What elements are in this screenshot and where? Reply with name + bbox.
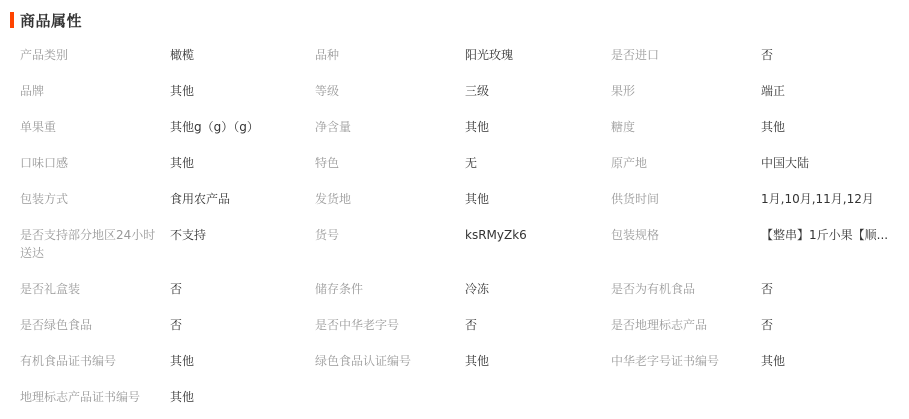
attribute-value: 否 [761,279,889,298]
attribute-value: 无 [465,153,611,172]
attribute-label: 等级 [315,81,465,100]
attribute-value: 否 [761,45,889,64]
attribute-label: 糖度 [611,117,761,136]
attribute-label: 储存条件 [315,279,465,298]
attribute-label: 货号 [315,225,465,244]
attribute-row: 产品类别 橄榄 品种 阳光玫瑰 是否进口 否 [20,45,909,81]
attribute-row: 品牌 其他 等级 三级 果形 端正 [20,81,909,117]
attribute-label: 有机食品证书编号 [20,351,170,370]
attribute-label: 特色 [315,153,465,172]
attribute-label: 品牌 [20,81,170,100]
attribute-row: 是否支持部分地区24小时送达 不支持 货号 ksRMyZk6 包装规格 【整串】… [20,225,909,279]
attribute-value: 端正 [761,81,889,100]
attribute-value: 否 [170,315,315,334]
attribute-label: 地理标志产品证书编号 [20,387,170,406]
attribute-label: 产品类别 [20,45,170,64]
attribute-label: 是否地理标志产品 [611,315,761,334]
attribute-label: 是否为有机食品 [611,279,761,298]
attribute-label: 是否支持部分地区24小时送达 [20,225,170,262]
attribute-row: 是否礼盒装 否 储存条件 冷冻 是否为有机食品 否 [20,279,909,315]
attribute-value: 其他 [170,153,315,172]
attribute-value: 三级 [465,81,611,100]
attribute-label: 绿色食品认证编号 [315,351,465,370]
attribute-value: 1月,10月,11月,12月 [761,189,889,208]
attribute-value: 其他 [465,189,611,208]
attribute-value: 不支持 [170,225,315,244]
attribute-value: ksRMyZk6 [465,225,611,244]
attribute-value: 其他 [761,117,889,136]
attribute-row: 有机食品证书编号 其他 绿色食品认证编号 其他 中华老字号证书编号 其他 [20,351,909,387]
attribute-value: 其他g（g）（g） [170,117,315,136]
product-attributes-panel: 商品属性 产品类别 橄榄 品种 阳光玫瑰 是否进口 否 品牌 其他 等级 三级 … [0,0,909,419]
attribute-value: 橄榄 [170,45,315,64]
attribute-label: 单果重 [20,117,170,136]
section-header: 商品属性 [10,9,82,31]
attribute-label: 口味口感 [20,153,170,172]
section-title: 商品属性 [20,10,82,31]
attribute-label: 是否礼盒装 [20,279,170,298]
attribute-label: 是否中华老字号 [315,315,465,334]
attribute-value: 其他 [170,81,315,100]
attribute-row: 口味口感 其他 特色 无 原产地 中国大陆 [20,153,909,189]
attribute-label: 果形 [611,81,761,100]
attribute-label: 包装方式 [20,189,170,208]
attribute-value: 否 [761,315,889,334]
attribute-value: 其他 [465,117,611,136]
attribute-label: 原产地 [611,153,761,172]
attribute-label: 是否进口 [611,45,761,64]
attribute-label: 发货地 [315,189,465,208]
attribute-value: 冷冻 [465,279,611,298]
attribute-row: 是否绿色食品 否 是否中华老字号 否 是否地理标志产品 否 [20,315,909,351]
attribute-label: 包装规格 [611,225,761,244]
attribute-value: 否 [465,315,611,334]
attribute-value: 其他 [170,351,315,370]
attributes-grid: 产品类别 橄榄 品种 阳光玫瑰 是否进口 否 品牌 其他 等级 三级 果形 端正… [20,45,909,419]
attribute-value: 其他 [465,351,611,370]
attribute-value-truncated: 【整串】1斤小果【顺... [761,225,889,244]
attribute-value: 否 [170,279,315,298]
attribute-row: 地理标志产品证书编号 其他 [20,387,909,419]
attribute-row: 单果重 其他g（g）（g） 净含量 其他 糖度 其他 [20,117,909,153]
attribute-value: 其他 [761,351,889,370]
attribute-label: 是否绿色食品 [20,315,170,334]
attribute-label: 中华老字号证书编号 [611,351,761,370]
attribute-label: 供货时间 [611,189,761,208]
attribute-label: 品种 [315,45,465,64]
attribute-value: 食用农产品 [170,189,315,208]
attribute-value: 其他 [170,387,315,406]
attribute-row: 包装方式 食用农产品 发货地 其他 供货时间 1月,10月,11月,12月 [20,189,909,225]
accent-bar-icon [10,12,14,28]
attribute-value: 中国大陆 [761,153,889,172]
attribute-label: 净含量 [315,117,465,136]
attribute-value: 阳光玫瑰 [465,45,611,64]
